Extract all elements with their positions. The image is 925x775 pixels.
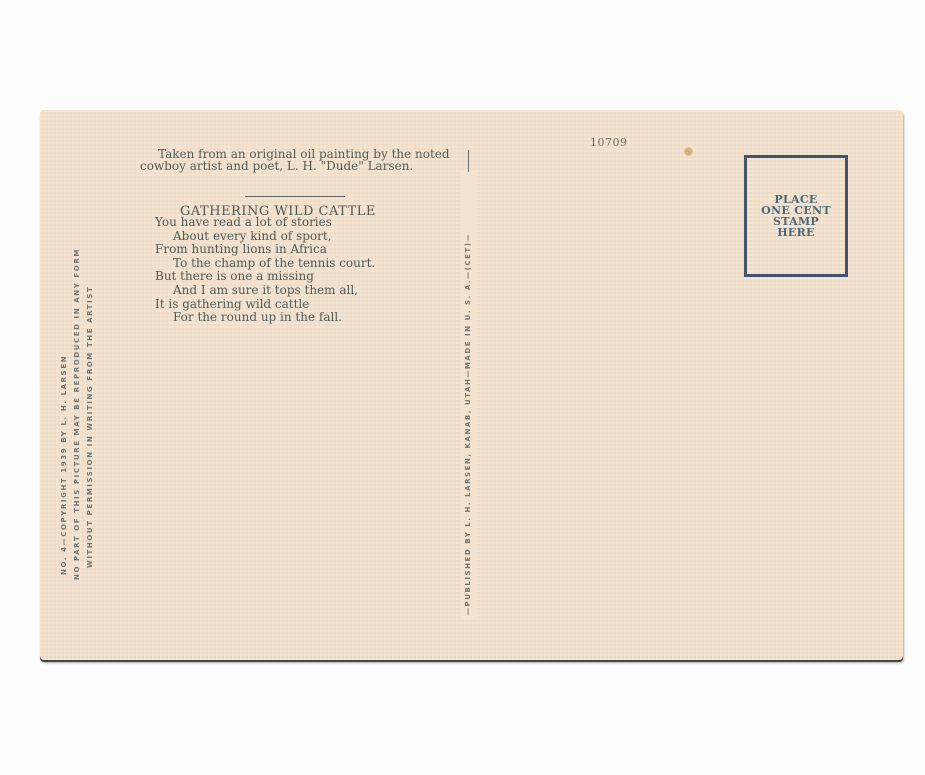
copyright-line-1: NO. 4—COPYRIGHT 1939 BY L. H. LARSEN [60,355,68,575]
intro-text: Taken from an original oil painting by t… [140,148,460,172]
poem-line: But there is one a missing [155,270,375,284]
stain-spot [684,147,693,156]
serial-number: 10709 [590,136,628,149]
intro-paragraph: Taken from an original oil painting by t… [140,148,460,172]
poem-line: And I am sure it tops them all, [155,284,375,298]
poem-line: To the champ of the tennis court. [155,257,375,271]
poem-line: About every kind of sport, [155,230,375,244]
stamp-box: PLACE ONE CENT STAMP HERE [744,155,848,277]
copyright-block: NO. 4—COPYRIGHT 1939 BY L. H. LARSEN NO … [52,180,107,580]
stamp-line: HERE [747,227,845,238]
poem-line: From hunting lions in Africa [155,243,375,257]
poem: You have read a lot of stories About eve… [155,216,375,325]
poem-line: It is gathering wild cattle [155,298,375,312]
title-rule [245,196,345,197]
copyright-line-3: WITHOUT PERMISSION IN WRITING FROM THE A… [86,286,94,568]
poem-line: You have read a lot of stories [155,216,375,230]
poem-line: For the round up in the fall. [155,311,375,325]
stamp-instructions: PLACE ONE CENT STAMP HERE [747,194,845,238]
publisher-line: —PUBLISHED BY L. H. LARSEN, KANAB, UTAH—… [464,233,472,615]
copyright-line-2: NO PART OF THIS PICTURE MAY BE REPRODUCE… [73,248,81,580]
postcard-back: NO. 4—COPYRIGHT 1939 BY L. H. LARSEN NO … [40,110,903,660]
